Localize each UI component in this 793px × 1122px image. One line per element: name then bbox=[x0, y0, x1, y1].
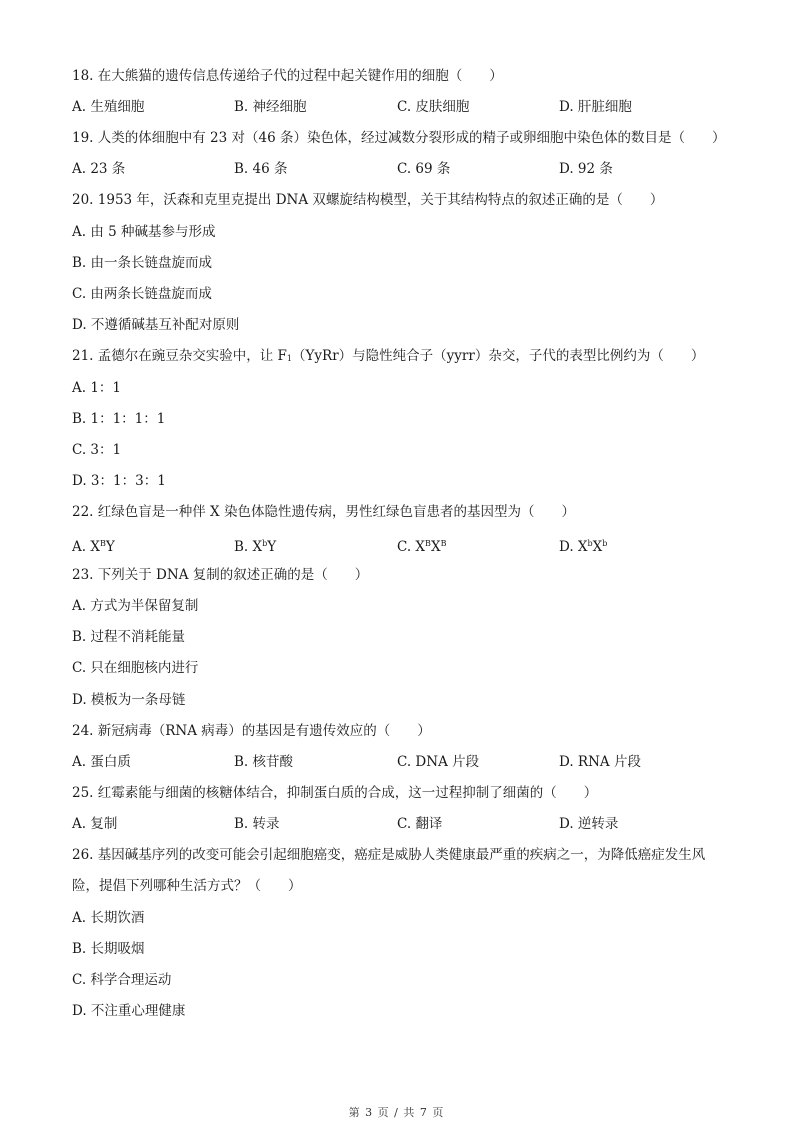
question-25-option-b: B. 转录 bbox=[234, 815, 280, 833]
question-22-option-c: C. XBXB bbox=[397, 535, 446, 556]
question-23-option-b: B. 过程不消耗能量 bbox=[72, 628, 185, 646]
question-18-option-b: B. 神经细胞 bbox=[234, 98, 307, 116]
question-25-option-d: D. 逆转录 bbox=[559, 815, 618, 833]
genotype-base: Y bbox=[106, 539, 115, 555]
question-19-option-d: D. 92 条 bbox=[559, 160, 613, 178]
stem-part: （YyRr）与隐性纯合子（yyrr）杂交，子代的表型比例约为（ ） bbox=[292, 348, 704, 364]
page-footer: 第 3 页 / 共 7 页 bbox=[0, 1104, 793, 1120]
genotype-base: Y bbox=[267, 539, 276, 555]
question-23-option-d: D. 模板为一条母链 bbox=[72, 691, 185, 709]
question-20-option-b: B. 由一条长链盘旋而成 bbox=[72, 254, 212, 272]
question-23-stem: 23. 下列关于 DNA 复制的叙述正确的是（ ） bbox=[72, 566, 368, 584]
question-26-stem-line-1: 26. 基因碱基序列的改变可能会引起细胞癌变，癌症是威胁人类健康最严重的疾病之一… bbox=[72, 846, 705, 864]
genotype-base: D. X bbox=[559, 539, 588, 555]
question-22-option-a: A. XBY bbox=[72, 535, 115, 556]
question-18-option-d: D. 肝脏细胞 bbox=[559, 98, 632, 116]
question-18-option-c: C. 皮肤细胞 bbox=[397, 98, 469, 116]
question-20-stem: 20. 1953 年，沃森和克里克提出 DNA 双螺旋结构模型，关于其结构特点的… bbox=[72, 191, 663, 209]
question-25-stem: 25. 红霉素能与细菌的核糖体结合，抑制蛋白质的合成，这一过程抑制了细菌的（ ） bbox=[72, 784, 597, 802]
question-26-option-b: B. 长期吸烟 bbox=[72, 940, 145, 958]
question-24-option-d: D. RNA 片段 bbox=[559, 753, 641, 771]
question-21-option-c: C. 3：1 bbox=[72, 441, 121, 459]
question-26-option-a: A. 长期饮酒 bbox=[72, 909, 144, 927]
question-22-stem: 22. 红绿色盲是一种伴 X 染色体隐性遗传病，男性红绿色盲患者的基因型为（ ） bbox=[72, 503, 575, 521]
question-22-option-b: B. XbY bbox=[234, 535, 276, 556]
question-18-stem: 18. 在大熊猫的遗传信息传递给子代的过程中起关键作用的细胞（ ） bbox=[72, 67, 503, 85]
question-25-option-c: C. 翻译 bbox=[397, 815, 442, 833]
stem-part: 21. 孟德尔在豌豆杂交实验中，让 F bbox=[72, 348, 287, 364]
question-20-option-c: C. 由两条长链盘旋而成 bbox=[72, 285, 212, 303]
genotype-base: B. X bbox=[234, 539, 262, 555]
question-21-option-b: B. 1：1：1：1 bbox=[72, 410, 165, 428]
genotype-base: C. X bbox=[397, 539, 425, 555]
genotype-base: X bbox=[593, 539, 603, 555]
question-20-option-d: D. 不遵循碱基互补配对原则 bbox=[72, 316, 239, 334]
question-21-option-d: D. 3：1：3：1 bbox=[72, 472, 166, 490]
genotype-base: A. X bbox=[72, 539, 100, 555]
question-21-option-a: A. 1：1 bbox=[72, 379, 121, 397]
question-19-option-a: A. 23 条 bbox=[72, 160, 125, 178]
question-22-option-d: D. XbXb bbox=[559, 535, 607, 556]
allele-superscript: b bbox=[602, 539, 607, 548]
question-26-stem-line-2: 险，提倡下列哪种生活方式？（ ） bbox=[72, 877, 302, 895]
question-21-stem: 21. 孟德尔在豌豆杂交实验中，让 F1（YyRr）与隐性纯合子（yyrr）杂交… bbox=[72, 347, 704, 368]
question-26-option-c: C. 科学合理运动 bbox=[72, 971, 171, 989]
genotype-base: X bbox=[431, 539, 441, 555]
question-23-option-a: A. 方式为半保留复制 bbox=[72, 597, 198, 615]
question-24-option-b: B. 核苷酸 bbox=[234, 753, 293, 771]
question-24-option-a: A. 蛋白质 bbox=[72, 753, 131, 771]
question-20-option-a: A. 由 5 种碱基参与形成 bbox=[72, 223, 216, 241]
question-26-option-d: D. 不注重心理健康 bbox=[72, 1002, 185, 1020]
question-19-option-c: C. 69 条 bbox=[397, 160, 450, 178]
question-24-option-c: C. DNA 片段 bbox=[397, 753, 479, 771]
question-18-option-a: A. 生殖细胞 bbox=[72, 98, 144, 116]
question-24-stem: 24. 新冠病毒（RNA 病毒）的基因是有遗传效应的（ ） bbox=[72, 722, 431, 740]
question-25-option-a: A. 复制 bbox=[72, 815, 117, 833]
question-23-option-c: C. 只在细胞核内进行 bbox=[72, 659, 198, 677]
allele-superscript: B bbox=[441, 539, 447, 548]
question-19-stem: 19. 人类的体细胞中有 23 对（46 条）染色体，经过减数分裂形成的精子或卵… bbox=[72, 129, 726, 147]
question-19-option-b: B. 46 条 bbox=[234, 160, 287, 178]
